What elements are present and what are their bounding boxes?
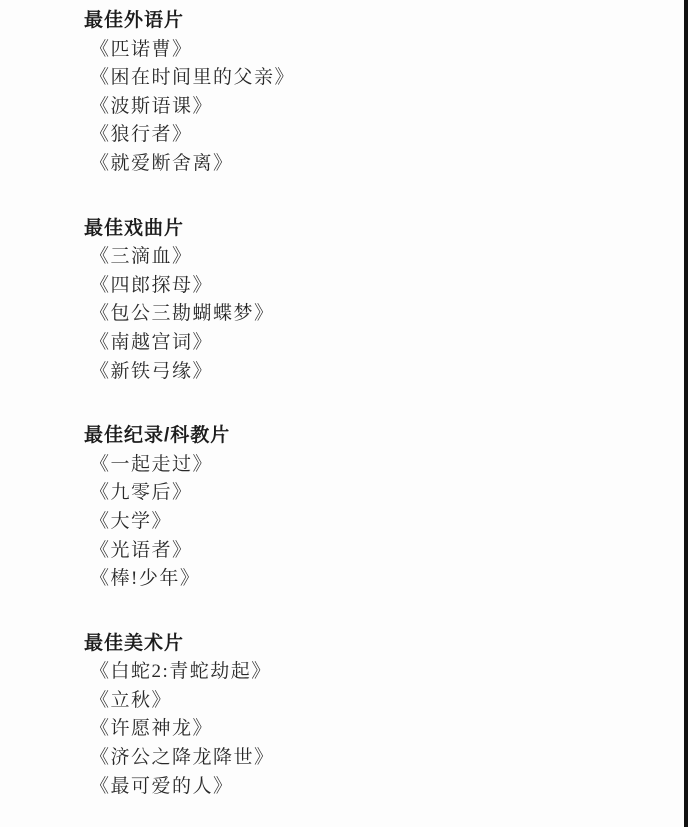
film-title: 《最可爱的人》	[90, 773, 688, 802]
film-title: 《新铁弓缘》	[90, 358, 688, 387]
section-best-opera-film: 最佳戏曲片 《三滴血》 《四郎探母》 《包公三勘蝴蝶梦》 《南越宫词》 《新铁弓…	[0, 215, 688, 387]
film-title: 《就爱断舍离》	[90, 150, 688, 179]
film-title: 《许愿神龙》	[90, 715, 688, 744]
film-title: 《九零后》	[90, 479, 688, 508]
right-edge-bar	[684, 0, 688, 827]
film-title: 《南越宫词》	[90, 329, 688, 358]
film-title: 《白蛇2:青蛇劫起》	[90, 658, 688, 687]
film-title: 《狼行者》	[90, 121, 688, 150]
film-title: 《立秋》	[90, 687, 688, 716]
film-title: 《大学》	[90, 508, 688, 537]
section-heading: 最佳外语片	[84, 7, 688, 36]
film-title: 《济公之降龙降世》	[90, 744, 688, 773]
section-best-animation-film: 最佳美术片 《白蛇2:青蛇劫起》 《立秋》 《许愿神龙》 《济公之降龙降世》 《…	[0, 630, 688, 802]
award-nominee-list: 最佳外语片 《匹诺曹》 《困在时间里的父亲》 《波斯语课》 《狼行者》 《就爱断…	[0, 0, 688, 801]
film-title: 《四郎探母》	[90, 272, 688, 301]
film-title: 《光语者》	[90, 537, 688, 566]
film-title: 《匹诺曹》	[90, 36, 688, 65]
film-title: 《棒!少年》	[90, 565, 688, 594]
film-title: 《困在时间里的父亲》	[90, 64, 688, 93]
film-title: 《波斯语课》	[90, 93, 688, 122]
film-title: 《三滴血》	[90, 243, 688, 272]
section-heading: 最佳戏曲片	[84, 215, 688, 244]
film-title: 《一起走过》	[90, 451, 688, 480]
document-page: 最佳外语片 《匹诺曹》 《困在时间里的父亲》 《波斯语课》 《狼行者》 《就爱断…	[0, 0, 688, 827]
section-heading: 最佳美术片	[84, 630, 688, 659]
section-heading: 最佳纪录/科教片	[84, 422, 688, 451]
film-title: 《包公三勘蝴蝶梦》	[90, 300, 688, 329]
section-best-documentary-science-film: 最佳纪录/科教片 《一起走过》 《九零后》 《大学》 《光语者》 《棒!少年》	[0, 422, 688, 594]
section-best-foreign-language-film: 最佳外语片 《匹诺曹》 《困在时间里的父亲》 《波斯语课》 《狼行者》 《就爱断…	[0, 7, 688, 179]
